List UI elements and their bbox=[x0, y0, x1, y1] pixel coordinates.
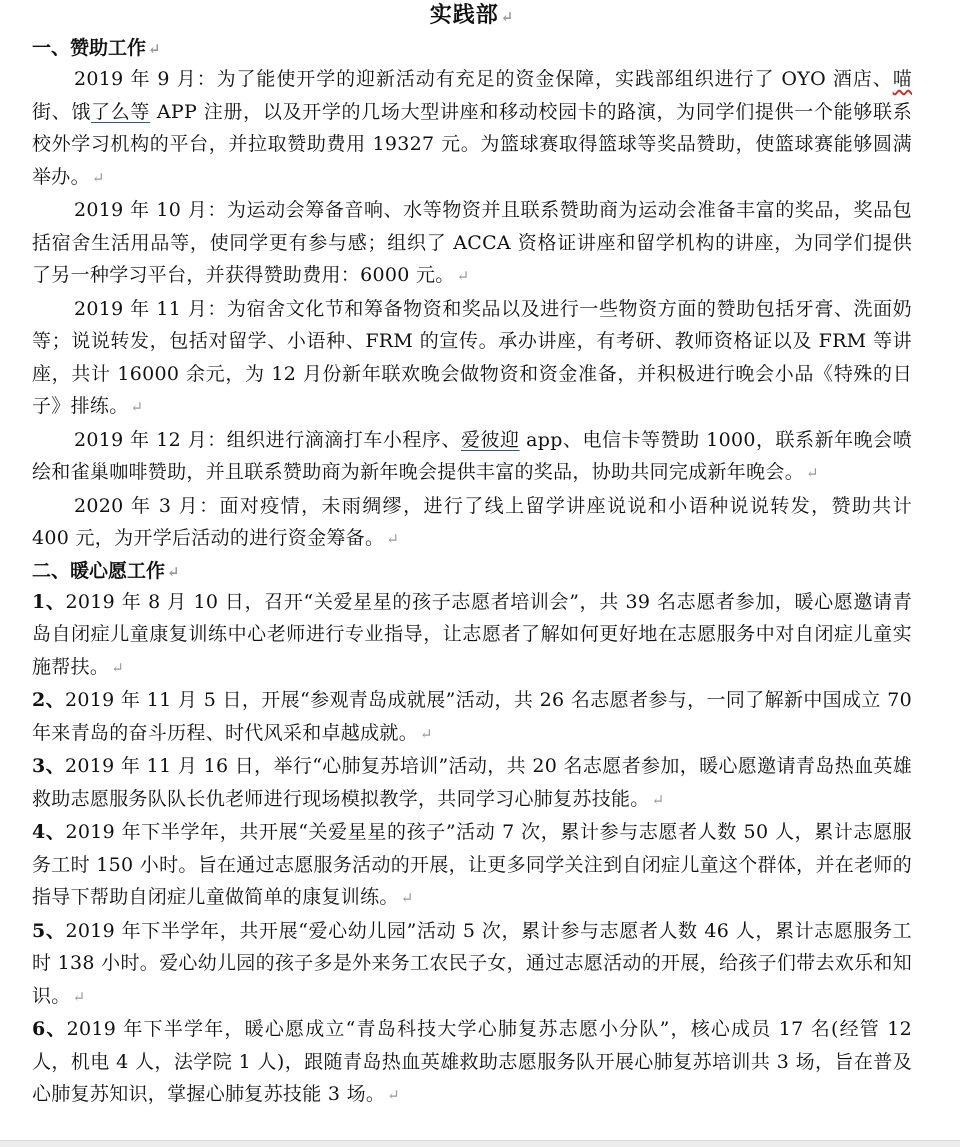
section-heading-sponsorship: 一、赞助工作↵ bbox=[32, 33, 912, 63]
document-title: 实践部↵ bbox=[32, 0, 912, 30]
paragraph-dec-2019: 2019 年 12 月：组织进行滴滴打车小程序、爱彼迎 app、电信卡等赞助 1… bbox=[32, 424, 912, 490]
paragraph-mark-icon: ↵ bbox=[167, 563, 180, 581]
grammar-suggestion-mark[interactable]: 了么等 bbox=[91, 101, 150, 123]
spelling-error-mark[interactable]: 喵 bbox=[893, 68, 912, 90]
list-item: 6、2019 年下半学年，暖心愿成立“青岛科技大学心肺复苏志愿小分队”，核心成员… bbox=[32, 1013, 912, 1112]
paragraph-mark-icon: ↵ bbox=[111, 659, 124, 677]
paragraph-mark-icon: ↵ bbox=[131, 398, 144, 416]
list-number: 2、 bbox=[32, 689, 65, 711]
list-number: 4、 bbox=[32, 821, 65, 843]
list-number: 6、 bbox=[32, 1018, 67, 1040]
list-item: 3、2019 年 11 月 16 日，举行“心肺复苏培训”活动，共 20 名志愿… bbox=[32, 750, 912, 816]
document-body[interactable]: 实践部↵ 一、赞助工作↵ 2019 年 9 月：为了能使开学的迎新活动有充足的资… bbox=[32, 0, 912, 1112]
section-heading-warm-wishes: 二、暖心愿工作↵ bbox=[32, 556, 912, 586]
paragraph-mark-icon: ↵ bbox=[73, 988, 86, 1006]
paragraph-mark-icon: ↵ bbox=[148, 40, 161, 58]
list-item: 5、2019 年下半学年，共开展“爱心幼儿园”活动 5 次，累计参与志愿者人数 … bbox=[32, 915, 912, 1014]
paragraph-mark-icon: ↵ bbox=[92, 169, 105, 187]
list-item: 2、2019 年 11 月 5 日，开展“参观青岛成就展”活动，共 26 名志愿… bbox=[32, 684, 912, 750]
document-page: 实践部↵ 一、赞助工作↵ 2019 年 9 月：为了能使开学的迎新活动有充足的资… bbox=[0, 0, 960, 1140]
paragraph-nov-2019: 2019 年 11 月：为宿舍文化节和筹备物资和奖品以及进行一些物资方面的赞助包… bbox=[32, 293, 912, 424]
list-item: 1、2019 年 8 月 10 日，召开“关爱星星的孩子志愿者培训会”，共 39… bbox=[32, 586, 912, 685]
paragraph-mark-icon: ↵ bbox=[401, 889, 414, 907]
paragraph-mark-icon: ↵ bbox=[457, 267, 470, 285]
list-number: 1、 bbox=[32, 591, 66, 613]
paragraph-mark-icon: ↵ bbox=[501, 8, 515, 26]
paragraph-oct-2019: 2019 年 10 月：为运动会筹备音响、水等物资并且联系赞助商为运动会准备丰富… bbox=[32, 194, 912, 293]
paragraph-mark-icon: ↵ bbox=[420, 725, 433, 743]
paragraph-sep-2019: 2019 年 9 月：为了能使开学的迎新活动有充足的资金保障，实践部组织进行了 … bbox=[32, 63, 912, 194]
paragraph-mark-icon: ↵ bbox=[652, 791, 665, 809]
grammar-suggestion-mark[interactable]: 爱彼迎 bbox=[461, 429, 520, 451]
paragraph-mark-icon: ↵ bbox=[387, 1086, 400, 1104]
list-number: 5、 bbox=[32, 920, 65, 942]
horizontal-scroll-area[interactable] bbox=[0, 1140, 960, 1147]
paragraph-mar-2020: 2020 年 3 月：面对疫情，未雨绸缪，进行了线上留学讲座说说和小语种说说转发… bbox=[32, 490, 912, 556]
list-item: 4、2019 年下半学年，共开展“关爱星星的孩子”活动 7 次，累计参与志愿者人… bbox=[32, 816, 912, 915]
paragraph-mark-icon: ↵ bbox=[386, 530, 399, 548]
paragraph-mark-icon: ↵ bbox=[806, 464, 819, 482]
list-number: 3、 bbox=[32, 755, 65, 777]
